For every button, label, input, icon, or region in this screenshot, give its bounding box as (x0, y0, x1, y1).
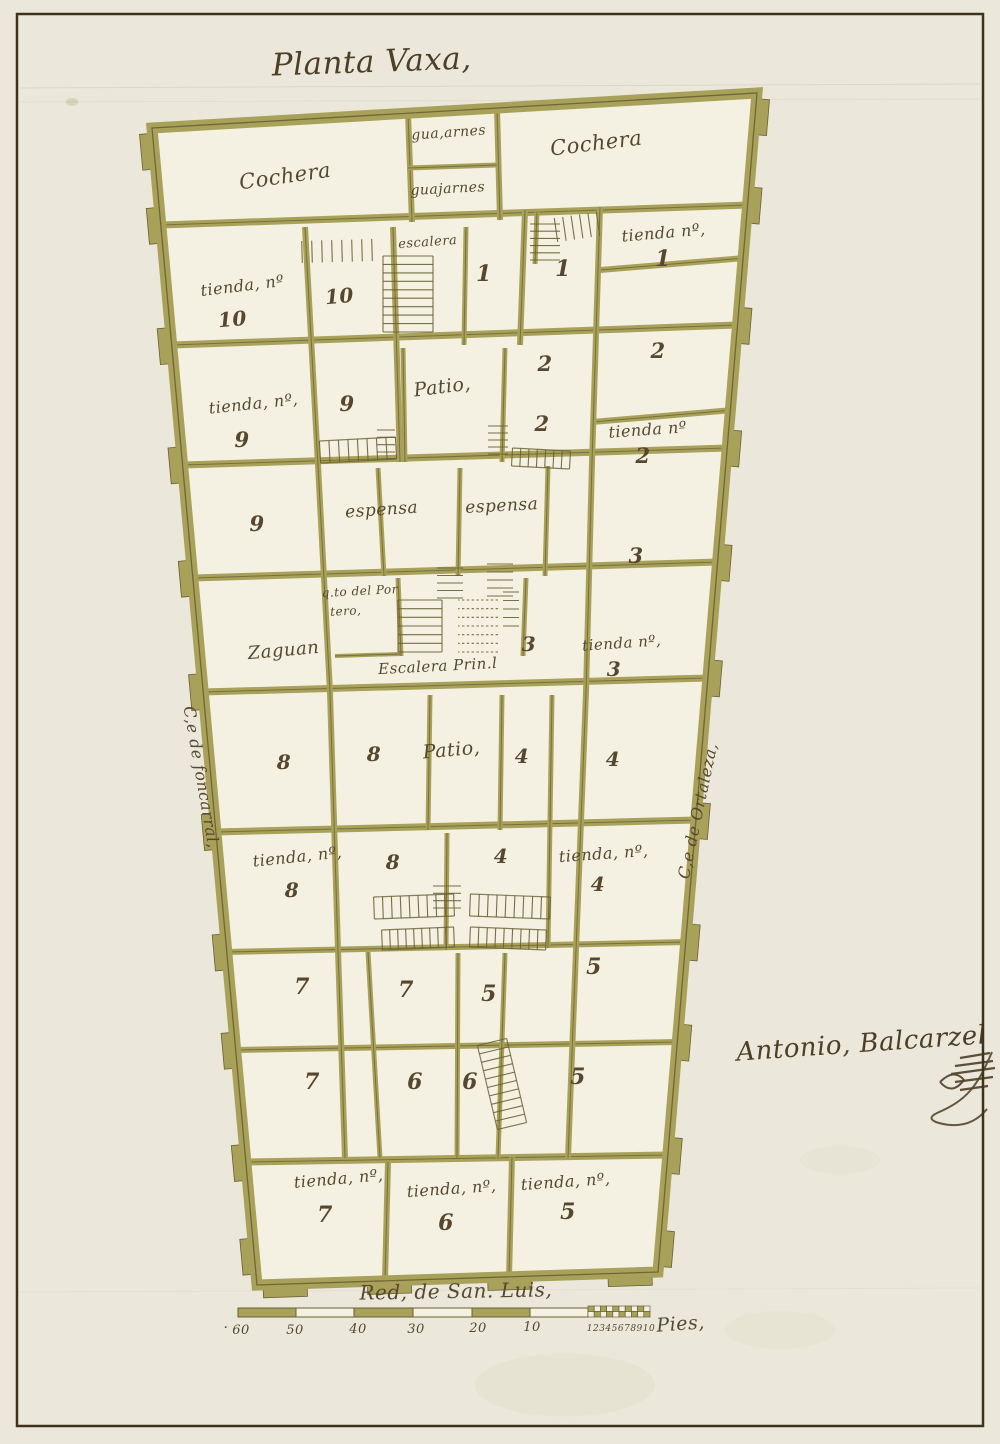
room-3-a-label: 3 (628, 543, 643, 568)
plan-title: Planta Vaxa, (270, 41, 472, 84)
scale-40-label: 40 (348, 1322, 367, 1337)
room-7-a-label: 7 (294, 974, 310, 1000)
scale-30-label: 30 (407, 1322, 425, 1337)
room-1-left-label: 1 (476, 261, 492, 287)
room-6-a-label: 6 (407, 1069, 423, 1095)
room-9-lower-label: 9 (249, 511, 264, 536)
room-3-b-label: 3 (522, 632, 536, 656)
room-espensa-right-label: espensa (465, 494, 539, 518)
room-7-b-label: 7 (398, 977, 414, 1003)
room-9-upper-label: 9 (339, 391, 354, 416)
room-1-right-label: 1 (555, 256, 571, 282)
scale-bar (238, 1306, 650, 1317)
room-8-b-label: 8 (366, 742, 381, 766)
room-5-a-label: 5 (481, 981, 497, 1007)
manuscript-page: Cocheragua,arnesguajarnesCocheraescalera… (0, 0, 1000, 1444)
scale-units-label: 12345678910 (587, 1324, 656, 1334)
street-label-red-san-luis: Red, de San. Luis, (358, 1277, 552, 1304)
room-10-label: 10 (324, 283, 355, 309)
room-tienda-5-number-label: 5 (560, 1199, 576, 1225)
room-2-a-label: 2 (536, 351, 552, 376)
room-5-c-label: 5 (570, 1064, 586, 1090)
room-6-b-label: 6 (462, 1069, 478, 1095)
room-7-c-label: 7 (304, 1069, 320, 1095)
room-tienda-8-number-label: 8 (284, 878, 299, 902)
room-8-a-label: 8 (276, 750, 291, 774)
room-8-c-label: 8 (385, 850, 400, 874)
room-4-b-label: 4 (606, 747, 620, 771)
room-4-a-label: 4 (515, 744, 529, 768)
room-4-c-label: 4 (494, 844, 508, 868)
room-2-b-label: 2 (533, 411, 549, 436)
room-tienda-6-number-label: 6 (438, 1210, 454, 1236)
room-tienda-7-number-label: 7 (317, 1202, 333, 1228)
scale-10-label: 10 (523, 1320, 541, 1335)
scale-20-label: 20 (468, 1321, 487, 1336)
scale-unit-label: Pies, (655, 1311, 706, 1336)
room-tienda-3-number-label: 3 (607, 657, 621, 681)
room-tienda-9-number-label: 9 (234, 427, 249, 452)
floor-plan-canvas: Cocheragua,arnesguajarnesCocheraescalera… (0, 0, 1000, 1444)
room-tienda-4-number-label: 4 (591, 872, 605, 896)
room-tienda-1-number-label: 1 (655, 246, 671, 272)
scale-60-label: 60 (232, 1323, 250, 1338)
room-portero-line2-label: tero, (330, 603, 362, 619)
room-2-c-label: 2 (649, 338, 665, 363)
room-tienda-10-number-label: 10 (217, 306, 248, 332)
scale-left-dot-label: . (224, 1316, 229, 1332)
room-5-b-label: 5 (586, 954, 602, 980)
room-tienda-2-number-label: 2 (634, 443, 650, 468)
scale-50-label: 50 (286, 1323, 304, 1338)
